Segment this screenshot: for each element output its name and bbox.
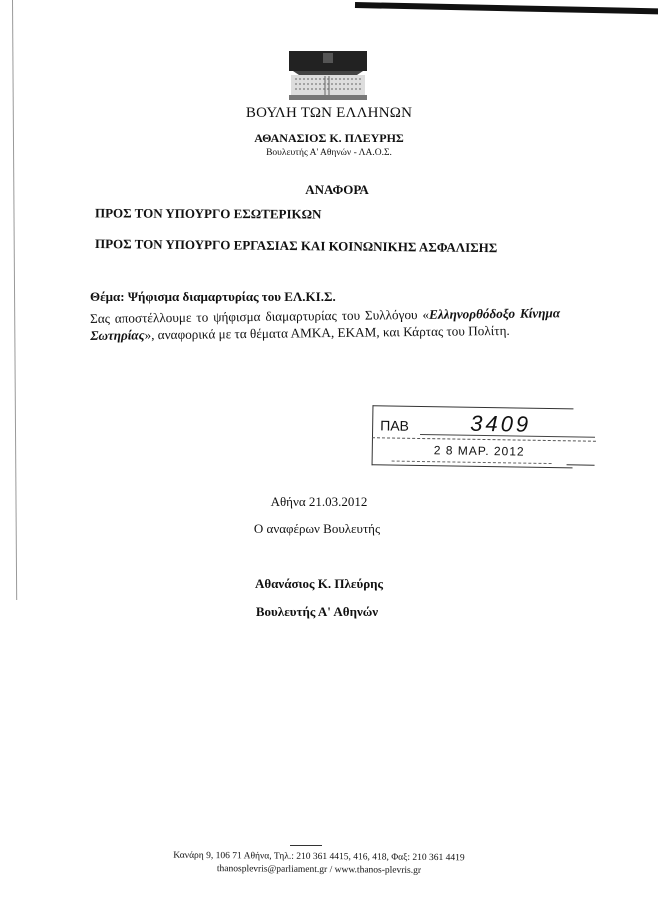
body-paragraph: Σας αποστέλλουμε το ψήφισμα διαμαρτυρίας… [90, 304, 560, 344]
signature-name: Αθανάσιος Κ. Πλεύρης [0, 576, 648, 592]
parliament-building-icon [287, 49, 369, 101]
body-text-1: Σας αποστέλλουμε το ψήφισμα διαμαρτυρίας… [90, 307, 429, 326]
reporter: Ο αναφέρων Βουλευτής [0, 521, 646, 537]
footer-contact: thanosplevris@parliament.gr / www.thanos… [0, 862, 648, 878]
recipient-2: ΠΡΟΣ ΤΟΝ ΥΠΟΥΡΓΟ ΕΡΓΑΣΙΑΣ ΚΑΙ ΚΟΙΝΩΝΙΚΗΣ… [95, 236, 497, 256]
body-text-2: », αναφορικά με τα θέματα ΑΜΚΑ, ΕΚΑΜ, κα… [144, 323, 509, 342]
place-date: Αθήνα 21.03.2012 [0, 494, 648, 510]
stamp-date: 2 8 ΜΑΡ. 2012 [434, 443, 525, 458]
registry-stamp: ΠΑΒ 3409 2 8 ΜΑΡ. 2012 [372, 405, 598, 469]
parliament-name: ΒΟΥΛΗ ΤΩΝ ΕΛΛΗΝΩΝ [0, 105, 658, 122]
scan-edge-top [355, 2, 658, 15]
stamp-number: 3409 [470, 411, 531, 438]
mp-role: Βουλευτής Α' Αθηνών - ΛΑ.Ο.Σ. [0, 148, 658, 158]
footer-rule [290, 845, 322, 846]
mp-name: ΑΘΑΝΑΣΙΟΣ Κ. ΠΛΕΥΡΗΣ [0, 131, 658, 146]
signature-title: Βουλευτής Α' Αθηνών [0, 604, 646, 620]
document-type: ΑΝΑΦΟΡΑ [8, 182, 658, 198]
recipient-1: ΠΡΟΣ ΤΟΝ ΥΠΟΥΡΓΟ ΕΣΩΤΕΡΙΚΩΝ [95, 205, 322, 222]
subject-line: Θέμα: Ψήφισμα διαμαρτυρίας του ΕΛ.ΚΙ.Σ. [90, 289, 336, 305]
stamp-label: ΠΑΒ [380, 417, 409, 433]
